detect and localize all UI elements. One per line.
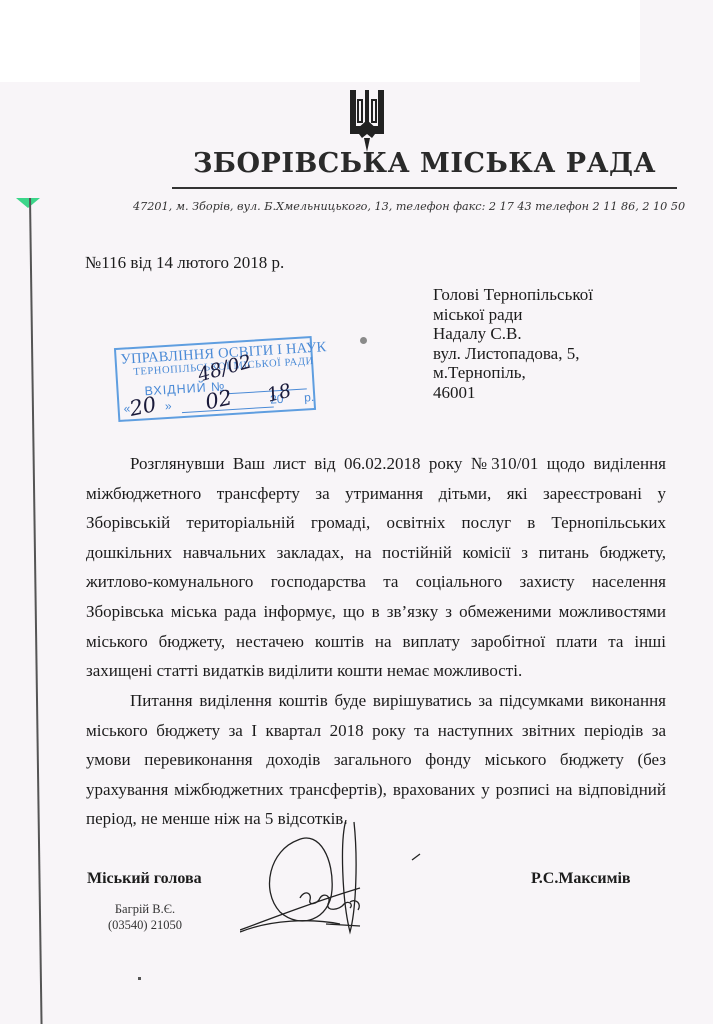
recipient-line: 46001: [433, 383, 593, 403]
recipient-block: Голові Тернопільської міської ради Надал…: [433, 285, 593, 402]
stamp-year-suffix: р.: [304, 390, 315, 405]
body-paragraph-2: Питання виділення коштів буде вирішувати…: [86, 686, 666, 834]
recipient-line: Голові Тернопільської: [433, 285, 593, 305]
paragraph-text: Розглянувши Ваш лист від 06.02.2018 року…: [86, 449, 666, 686]
recipient-line: м.Тернопіль,: [433, 363, 593, 383]
org-title: ЗБОРІВСЬКА МІСЬКА РАДА: [172, 148, 677, 179]
recipient-line: Надалу С.В.: [433, 324, 593, 344]
paragraph-text: Питання виділення коштів буде вирішувати…: [86, 686, 666, 834]
executor-name: Багрій В.Є.: [108, 902, 182, 918]
document-number-date: №116 від 14 лютого 2018 р.: [85, 253, 284, 273]
incoming-registration-stamp: УПРАВЛІННЯ ОСВІТИ І НАУК ТЕРНОПІЛЬСЬКОЇ …: [114, 336, 316, 422]
recipient-line: міської ради: [433, 305, 593, 325]
header-divider: [172, 187, 677, 189]
signatory-position: Міський голова: [87, 870, 202, 888]
scan-speck: [138, 977, 141, 980]
scan-speck: [360, 337, 367, 344]
org-address: 47201, м. Зборів, вул. Б.Хмельницького, …: [133, 200, 673, 213]
executor-info: Багрій В.Є. (03540) 21050: [108, 902, 182, 933]
green-page-marker: [16, 198, 40, 208]
executor-phone: (03540) 21050: [108, 918, 182, 934]
scan-edge-line: [29, 198, 43, 1024]
trident-emblem-icon: [348, 86, 386, 154]
body-paragraph-1: Розглянувши Ваш лист від 06.02.2018 року…: [86, 449, 666, 686]
scan-white-patch: [0, 0, 640, 82]
signatory-name: Р.С.Максимів: [531, 870, 631, 888]
handwritten-signature-icon: [240, 820, 430, 945]
handwritten-day: 20: [127, 392, 158, 421]
stamp-close-quote: »: [165, 399, 173, 413]
recipient-line: вул. Листопадова, 5,: [433, 344, 593, 364]
